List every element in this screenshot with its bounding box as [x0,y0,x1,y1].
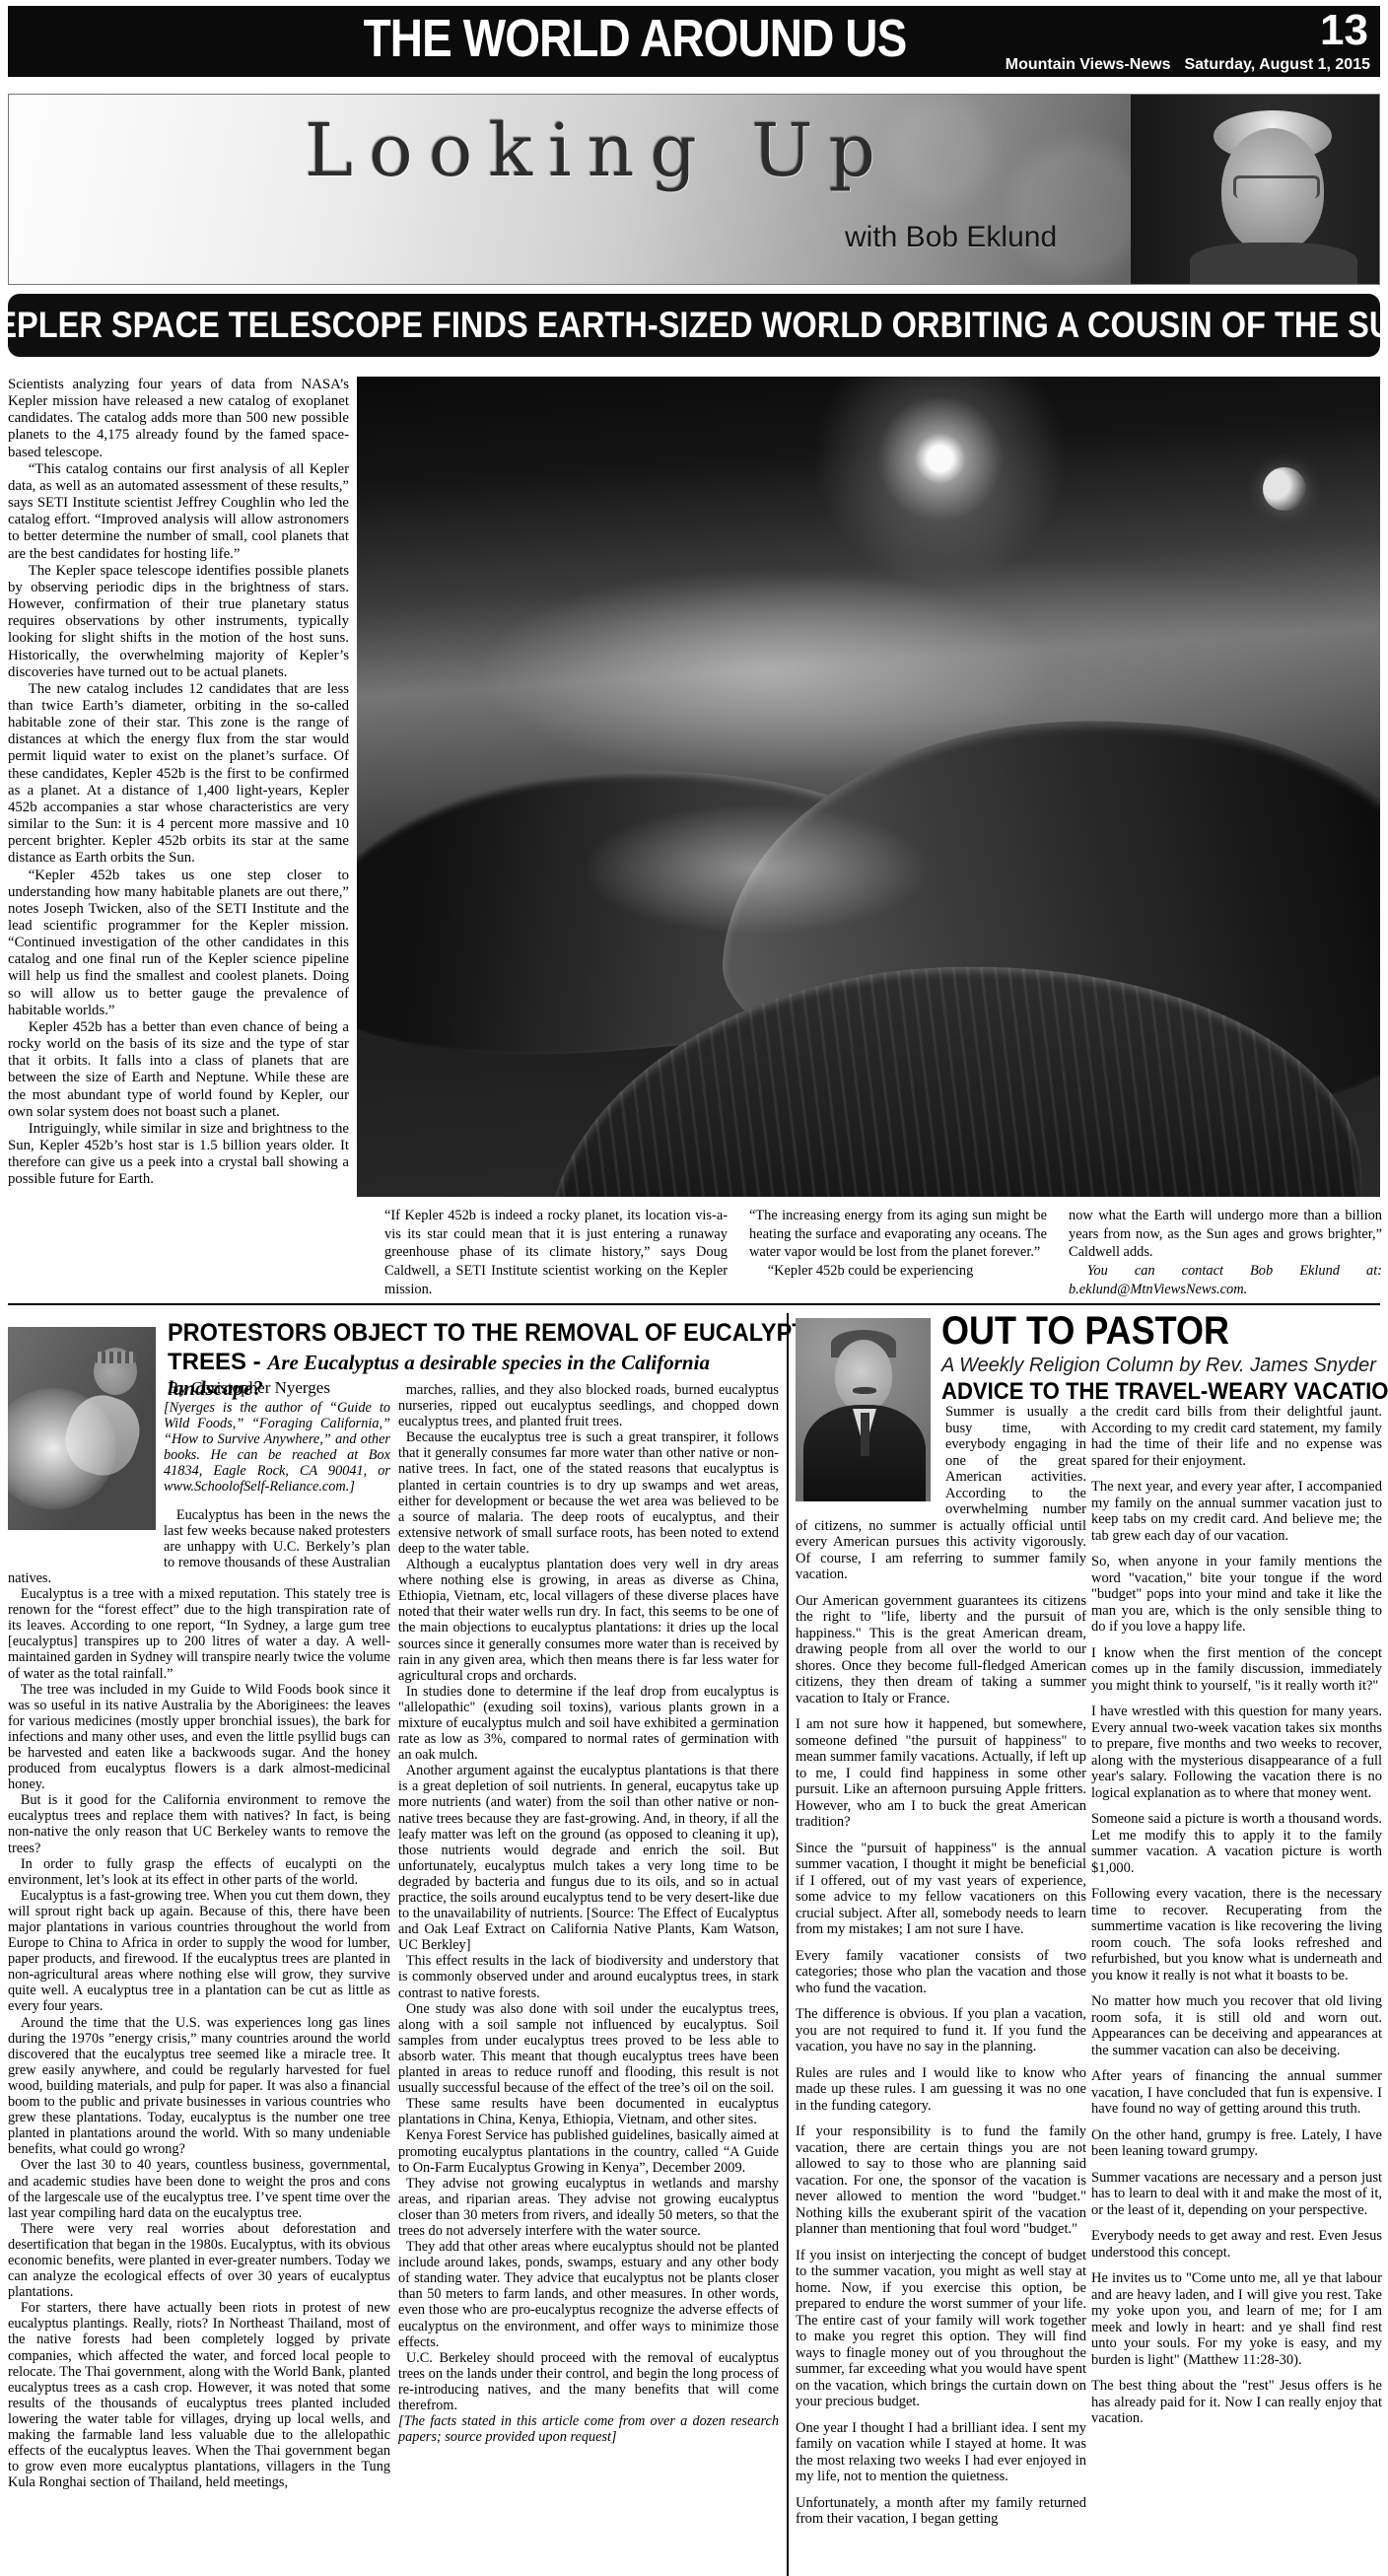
issue-date: Saturday, August 1, 2015 [1184,56,1370,73]
eucalyptus-headline-line1: PROTESTORS OBJECT TO THE REMOVAL OF EUCA… [168,1319,838,1348]
paragraph: Another argument against the eucalyptus … [398,1763,779,1953]
paragraph: On the other hand, grumpy is free. Latel… [1091,2127,1382,2160]
paragraph: Eucalyptus is a fast-growing tree. When … [8,1888,390,2015]
paragraph: the credit card bills from their delight… [1091,1404,1382,1469]
paragraph: I am not sure how it happened, but somew… [796,1716,1086,1831]
paragraph: Our American government guarantees its c… [796,1593,1086,1707]
quote-column-3: now what the Earth will undergo more tha… [1069,1207,1382,1301]
paragraph: “The increasing energy from its aging su… [749,1207,1047,1262]
photo-detail [835,1340,892,1411]
kepler-article-column: Scientists analyzing four years of data … [8,377,349,1297]
paragraph: These same results have been documented … [398,2096,779,2127]
paragraph: In order to fully grasp the effects of e… [8,1856,390,1888]
paragraph: Although a eucalyptus plantation does ve… [398,1557,779,1684]
article-headline-bar: KEPLER SPACE TELESCOPE FINDS EARTH-SIZED… [8,294,1380,357]
paragraph: U.C. Berkeley should proceed with the re… [398,2350,779,2413]
photo-detail [94,1352,137,1363]
paragraph: They advise not growing eucalyptus in we… [398,2176,779,2239]
photo-detail [1233,175,1320,198]
photo-wrap-spacer [796,1404,945,1502]
paragraph: Unfortunately, a month after my family r… [796,2495,1086,2528]
paragraph: The tree was included in my Guide to Wil… [8,1682,390,1793]
bob-eklund-photo [1131,95,1379,284]
photo-detail [1190,243,1357,284]
paragraph: The next year, and every year after, I a… [1091,1479,1382,1544]
paragraph: “Kepler 452b takes us one step closer to… [8,868,349,1019]
quote-column-2: “The increasing energy from its aging su… [749,1207,1047,1301]
paragraph: One year I thought I had a brilliant ide… [796,2420,1086,2485]
pastor-article-headline: ADVICE TO THE TRAVEL-WEARY VACATIONER [941,1378,1388,1406]
newspaper-page: THE WORLD AROUND US 13 Mountain Views-Ne… [0,0,1388,2576]
paragraph: now what the Earth will undergo more tha… [1069,1207,1382,1262]
paragraph: The Kepler space telescope identifies po… [8,563,349,681]
paragraph: He invites us to "Come unto me, all ye t… [1091,2270,1382,2368]
article-footnote: [The facts stated in this article come f… [398,2413,779,2445]
eucalyptus-byline: By Christopher Nyerges [168,1378,330,1398]
paragraph: The new catalog includes 12 candidates t… [8,681,349,868]
paragraph: I have wrestled with this question for m… [1091,1704,1382,1801]
paragraph: Kenya Forest Service has published guide… [398,2127,779,2175]
paragraph: Every family vacationer consists of two … [796,1948,1086,1997]
kepler-paragraphs: Scientists analyzing four years of data … [8,377,349,1189]
contact-line: You can contact Bob Eklund at: b.eklund@… [1069,1262,1382,1298]
paragraph: Kepler 452b has a better than even chanc… [8,1019,349,1121]
paragraph: Eucalyptus is a tree with a mixed reputa… [8,1586,390,1682]
quote-column-1: “If Kepler 452b is indeed a rocky planet… [384,1207,728,1301]
paragraph: Over the last 30 to 40 years, countless … [8,2157,390,2220]
publication-name: Mountain Views-News [1006,56,1171,73]
paragraph: “If Kepler 452b is indeed a rocky planet… [384,1207,728,1299]
paragraph: Everybody needs to get away and rest. Ev… [1091,2228,1382,2261]
pastor-column-1: Summer is usually a busy time, with ever… [796,1404,1086,2573]
pastor-paragraphs: Summer is usually a busy time, with ever… [796,1404,1086,2528]
publication-dateline: Mountain Views-NewsSaturday, August 1, 2… [1006,56,1370,74]
paragraph: Rules are rules and I would like to know… [796,2065,1086,2115]
paragraph: Intriguingly, while similar in size and … [8,1121,349,1189]
photo-detail [853,1387,876,1394]
pastor-column-2: the credit card bills from their delight… [1091,1404,1382,2573]
eucalyptus-paragraphs: Eucalyptus has been in the news the last… [8,1507,390,2491]
eucalyptus-column-2: marches, rallies, and they also blocked … [398,1382,779,2573]
valley-mist [582,803,930,935]
paragraph: For starters, there have actually been r… [8,2300,390,2490]
vertical-divider [787,1313,789,2576]
paragraph: They add that other areas where eucalypt… [398,2239,779,2350]
paragraph: There were very real worries about defor… [8,2221,390,2300]
page-number: 13 [1320,6,1368,55]
looking-up-banner: Looking Up with Bob Eklund [8,94,1380,285]
paragraph: I know when the first mention of the con… [1091,1645,1382,1695]
paragraph: No matter how much you recover that old … [1091,1993,1382,2058]
pastor-column-title: OUT TO PASTOR [941,1309,1261,1354]
photo-wrap-spacer [8,1400,164,1556]
paragraph: But is it good for the California enviro… [8,1792,390,1855]
paragraph: Around the time that the U.S. was experi… [8,2015,390,2158]
pastor-paragraphs: the credit card bills from their delight… [1091,1404,1382,2427]
paragraph: So, when anyone in your family mentions … [1091,1554,1382,1636]
column-byline: with Bob Eklund [845,221,1057,254]
horizontal-divider [8,1303,1380,1305]
paragraph: After years of financing the annual summ… [1091,2068,1382,2118]
paragraph: marches, rallies, and they also blocked … [398,1382,779,1429]
exoplanet-landscape-image [357,377,1380,1197]
paragraph: The difference is obvious. If you plan a… [796,2006,1086,2055]
paragraph: “This catalog contains our first analysi… [8,461,349,563]
paragraph: Summer vacations are necessary and a per… [1091,2170,1382,2219]
paragraph: “Kepler 452b could be experiencing [749,1262,1047,1281]
paragraph: The best thing about the "rest" Jesus of… [1091,2378,1382,2427]
paragraph: One study was also done with soil under … [398,2001,779,2097]
paragraph: If you insist on interjecting the concep… [796,2248,1086,2410]
eucalyptus-paragraphs: marches, rallies, and they also blocked … [398,1382,779,2413]
pastor-column-subtitle: A Weekly Religion Column by Rev. James S… [941,1355,1376,1377]
paragraph: If your responsibility is to fund the fa… [796,2123,1086,2238]
eucalyptus-column-1: [Nyerges is the author of “Guide to Wild… [8,1400,390,2573]
paragraph: This effect results in the lack of biodi… [398,1953,779,2000]
paragraph: Because the eucalyptus tree is such a gr… [398,1429,779,1557]
kepler-quote-row: “If Kepler 452b is indeed a rocky planet… [384,1207,1382,1301]
paragraph: Since the "pursuit of happiness" is the … [796,1841,1086,1938]
kepler-headline-text: KEPLER SPACE TELESCOPE FINDS EARTH-SIZED… [0,305,1388,346]
paragraph: Scientists analyzing four years of data … [8,377,349,461]
paragraph: In studies done to determine if the leaf… [398,1684,779,1763]
paragraph: Someone said a picture is worth a thousa… [1091,1811,1382,1876]
masthead: THE WORLD AROUND US 13 Mountain Views-Ne… [8,6,1380,77]
paragraph: Following every vacation, there is the n… [1091,1886,1382,1984]
planet-in-sky [1263,467,1306,511]
column-logo: Looking Up [305,108,891,193]
